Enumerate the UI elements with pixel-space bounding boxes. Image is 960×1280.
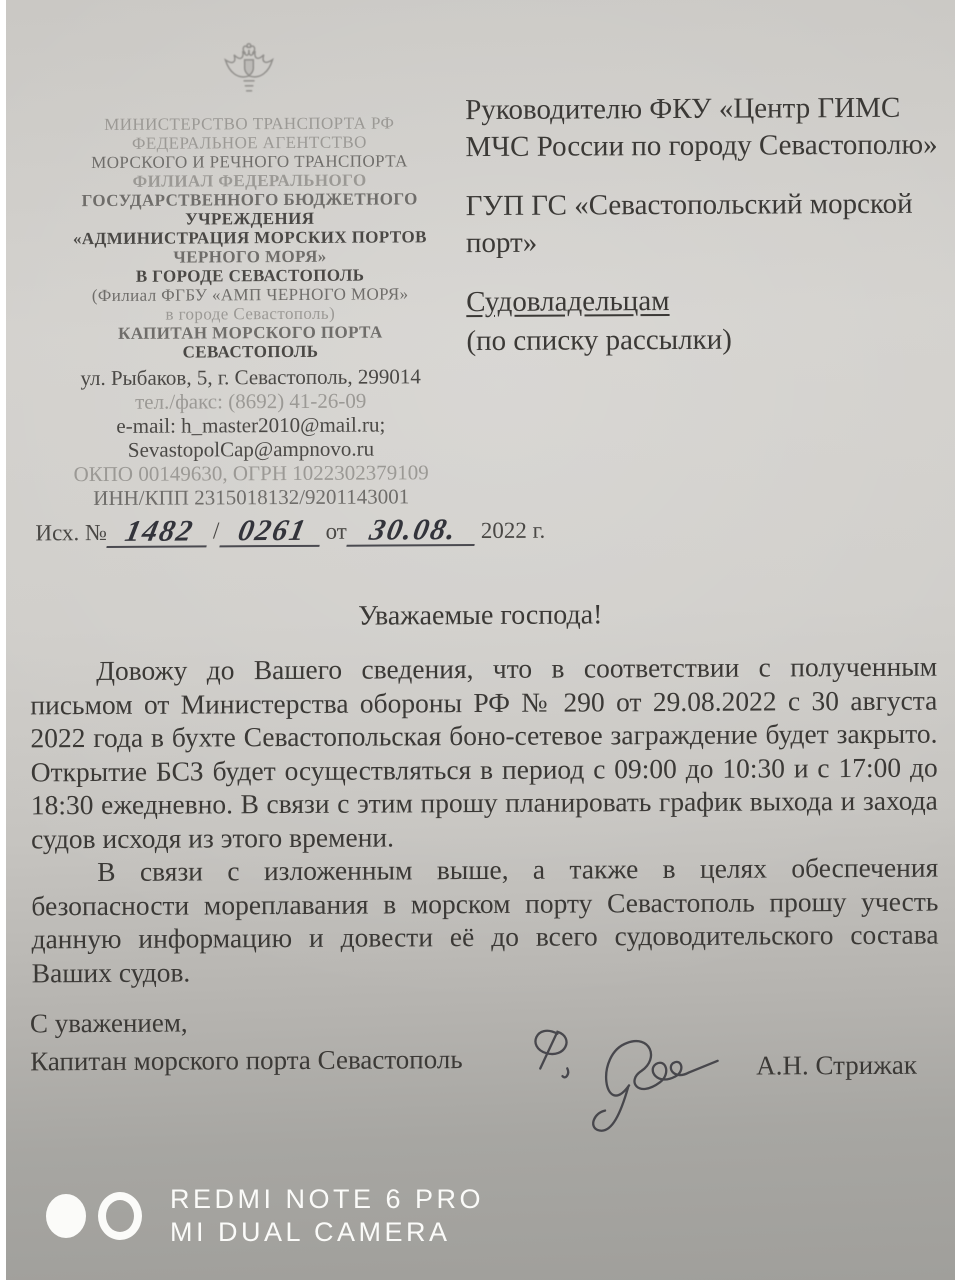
letterhead: МИНИСТЕРСТВО ТРАНСПОРТА РФ ФЕДЕРАЛЬНОЕ А… xyxy=(33,40,468,548)
letterhead-contact-line: SevastopolCap@ampnovo.ru xyxy=(35,436,467,462)
signer-name: А.Н. Стрижак xyxy=(756,1050,917,1082)
camera-model-label: REDMI NOTE 6 PRO xyxy=(170,1183,484,1216)
closing-regards: С уважением, xyxy=(30,1002,463,1042)
closing-title: Капитан морского порта Севастополь xyxy=(30,1040,463,1080)
letter-document: МИНИСТЕРСТВО ТРАНСПОРТА РФ ФЕДЕРАЛЬНОЕ А… xyxy=(6,0,955,1280)
letterhead-line: ГОСУДАРСТВЕННОГО БЮДЖЕТНОГО xyxy=(34,189,466,210)
letterhead-line: УЧРЕЖДЕНИЯ xyxy=(34,208,466,229)
addressee-block: Руководителю ФКУ «Центр ГИМС МЧС России … xyxy=(465,90,948,361)
camera-ring-icon xyxy=(98,1192,142,1240)
ref-date-handwritten: 30.08. xyxy=(347,516,481,547)
addressee-1: Руководителю ФКУ «Центр ГИМС МЧС России … xyxy=(465,90,947,167)
camera-watermark-text: REDMI NOTE 6 PRO MI DUAL CAMERA xyxy=(170,1183,484,1249)
ref-number2-handwritten: 0261 xyxy=(219,517,325,548)
letterhead-contact-line: ул. Рыбаков, 5, г. Севастополь, 299014 xyxy=(35,364,467,390)
camera-feature-label: MI DUAL CAMERA xyxy=(170,1216,484,1249)
letterhead-line: ЧЕРНОГО МОРЯ» xyxy=(34,246,466,267)
letterhead-contact-line: ОКПО 00149630, ОГРН 1022302379109 xyxy=(35,460,467,486)
letterhead-org-block: МИНИСТЕРСТВО ТРАНСПОРТА РФ ФЕДЕРАЛЬНОЕ А… xyxy=(33,113,466,362)
russian-coat-of-arms-icon xyxy=(218,41,280,108)
body-paragraph: В связи с изложенным выше, а также в цел… xyxy=(31,851,939,990)
addressee-3-note: (по списку рассылки) xyxy=(466,321,948,361)
letterhead-contact-line: ИНН/КПП 2315018132/9201143001 xyxy=(35,484,467,510)
letterhead-line: ФЕДЕРАЛЬНОЕ АГЕНТСТВО xyxy=(33,132,465,153)
ref-slash: / xyxy=(213,518,220,547)
letterhead-contact-line: тел./факс: (8692) 41-26-09 xyxy=(35,388,467,414)
ref-number-handwritten: 1482 xyxy=(107,517,213,548)
photo-of-letter: { "letterhead": { "org_lines": [ {"text"… xyxy=(0,0,960,1280)
ref-prefix: Исх. № xyxy=(35,520,107,548)
photographed-page: МИНИСТЕРСТВО ТРАНСПОРТА РФ ФЕДЕРАЛЬНОЕ А… xyxy=(6,0,955,1280)
letterhead-line: МОРСКОГО И РЕЧНОГО ТРАНСПОРТА xyxy=(33,151,465,172)
letterhead-line: СЕВАСТОПОЛЬ xyxy=(34,341,466,362)
camera-watermark: REDMI NOTE 6 PRO MI DUAL CAMERA xyxy=(46,1183,484,1249)
body-paragraph: Довожу до Вашего сведения, что в соответ… xyxy=(30,650,938,856)
letter-body: Довожу до Вашего сведения, что в соответ… xyxy=(30,650,939,990)
handwritten-signature xyxy=(513,1003,784,1154)
letterhead-line: (Филиал ФГБУ «АМП ЧЕРНОГО МОРЯ» xyxy=(34,284,466,305)
letterhead-line: «АДМИНИСТРАЦИЯ МОРСКИХ ПОРТОВ xyxy=(34,227,466,248)
addressee-2: ГУП ГС «Севастопольский морской порт» xyxy=(466,186,948,263)
letterhead-line: КАПИТАН МОРСКОГО ПОРТА xyxy=(34,322,466,343)
closing-block: С уважением, Капитан морского порта Сева… xyxy=(30,1002,463,1080)
ref-ot-label: от xyxy=(326,519,347,547)
letterhead-contact-block: ул. Рыбаков, 5, г. Севастополь, 299014 т… xyxy=(35,364,468,510)
ref-year: 2022 г. xyxy=(481,518,545,546)
letterhead-line: МИНИСТЕРСТВО ТРАНСПОРТА РФ xyxy=(33,113,465,134)
camera-dot-icon xyxy=(46,1194,86,1238)
letterhead-line: ФИЛИАЛ ФЕДЕРАЛЬНОГО xyxy=(34,170,466,191)
letterhead-line: В ГОРОДЕ СЕВАСТОПОЛЬ xyxy=(34,265,466,286)
letterhead-contact-line: e-mail: h_master2010@mail.ru; xyxy=(35,412,467,438)
outgoing-ref-line: Исх. № 1482 / 0261 от 30.08. 2022 г. xyxy=(35,516,467,548)
salutation: Уважаемые господа! xyxy=(6,598,955,635)
letterhead-line: в городе Севастополь) xyxy=(34,303,466,324)
addressee-3: Судовладельцам xyxy=(466,282,948,322)
